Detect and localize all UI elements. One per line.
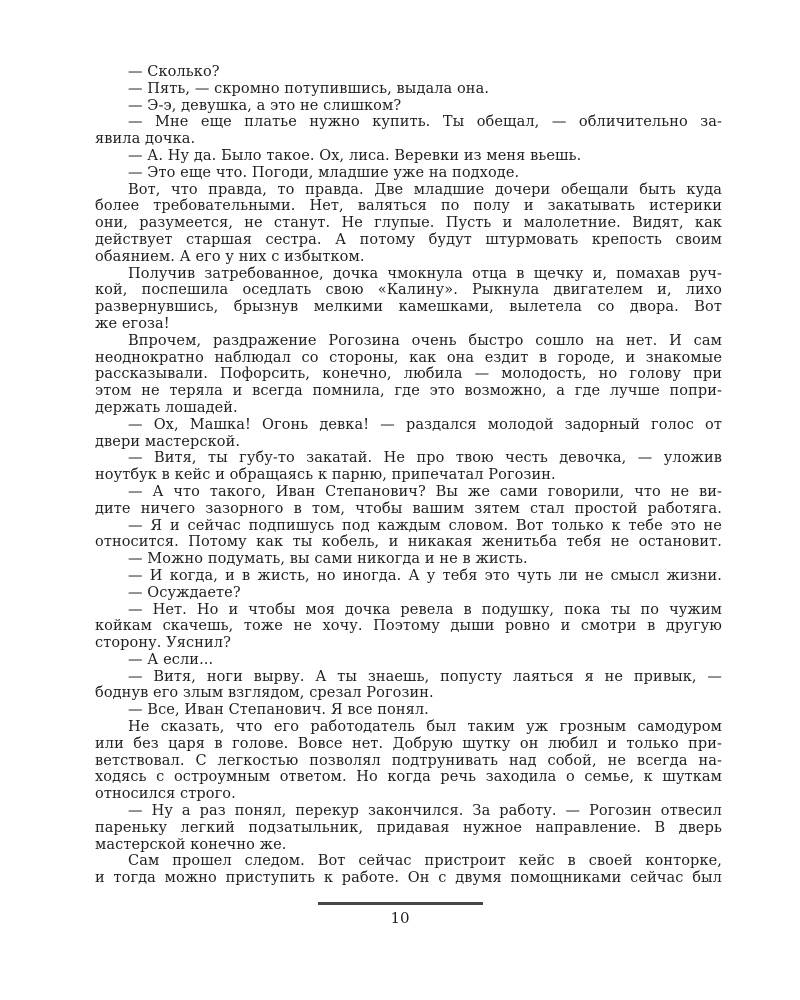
text-line: же егоза! [95, 316, 722, 333]
text-line: явила дочка. [95, 131, 722, 148]
paragraph: — И когда, и в жисть, но иногда. А у теб… [95, 568, 722, 585]
paragraph: Получив затребованное, дочка чмокнула от… [95, 266, 722, 333]
text-line: Не сказать, что его работодатель был так… [95, 719, 722, 736]
paragraph: — Нет. Но и чтобы моя дочка ревела в под… [95, 602, 722, 652]
page-footer: 10 [0, 902, 800, 927]
text-line: ветствовал. С легкостью позволял подтрун… [95, 753, 722, 770]
paragraph: — Пять, — скромно потупившись, выдала он… [95, 81, 722, 98]
text-line: действует старшая сестра. А потому будут… [95, 232, 722, 249]
text-line: — Я и сейчас подпишусь под каждым словом… [95, 518, 722, 535]
paragraph: — А если... [95, 652, 722, 669]
text-line: относится. Потому как ты кобель, и никак… [95, 534, 722, 551]
text-line: мастерской конечно же. [95, 837, 722, 854]
paragraph: Вот, что правда, то правда. Две младшие … [95, 182, 722, 266]
text-line: рассказывали. Пофорсить, конечно, любила… [95, 366, 722, 383]
paragraph: — Я и сейчас подпишусь под каждым словом… [95, 518, 722, 552]
text-line: Впрочем, раздражение Рогозина очень быст… [95, 333, 722, 350]
text-line: — И когда, и в жисть, но иногда. А у теб… [95, 568, 722, 585]
paragraph: Впрочем, раздражение Рогозина очень быст… [95, 333, 722, 417]
text-line: сторону. Уяснил? [95, 635, 722, 652]
text-line: — Витя, ты губу-то закатай. Не про твою … [95, 450, 722, 467]
text-line: Сам прошел следом. Вот сейчас пристроит … [95, 853, 722, 870]
text-line: — Все, Иван Степанович. Я все понял. [95, 702, 722, 719]
paragraph: — Витя, ноги вырву. А ты знаешь, попусту… [95, 669, 722, 703]
text-line: более требовательными. Нет, валяться по … [95, 198, 722, 215]
text-line: или без царя в голове. Вовсе нет. Добрую… [95, 736, 722, 753]
text-line: Вот, что правда, то правда. Две младшие … [95, 182, 722, 199]
paragraph: — Ох, Машка! Огонь девка! — раздался мол… [95, 417, 722, 451]
text-line: относился строго. [95, 786, 722, 803]
text-line: — Нет. Но и чтобы моя дочка ревела в под… [95, 602, 722, 619]
text-line: неоднократно наблюдал со стороны, как он… [95, 350, 722, 367]
text-line: дите ничего зазорного в том, чтобы вашим… [95, 501, 722, 518]
text-block: — Сколько?— Пять, — скромно потупившись,… [95, 64, 722, 887]
paragraph: — Осуждаете? [95, 585, 722, 602]
paragraph: — Витя, ты губу-то закатай. Не про твою … [95, 450, 722, 484]
text-line: — Э-э, девушка, а это не слишком? [95, 98, 722, 115]
text-line: — Это еще что. Погоди, младшие уже на по… [95, 165, 722, 182]
text-line: койкам скачешь, тоже не хочу. Поэтому ды… [95, 618, 722, 635]
text-line: — А. Ну да. Было такое. Ох, лиса. Веревк… [95, 148, 722, 165]
book-page: — Сколько?— Пять, — скромно потупившись,… [0, 0, 800, 1000]
text-line: боднув его злым взглядом, срезал Рогозин… [95, 685, 722, 702]
paragraph: — Все, Иван Степанович. Я все понял. [95, 702, 722, 719]
text-line: — Осуждаете? [95, 585, 722, 602]
paragraph: — Мне еще платье нужно купить. Ты обещал… [95, 114, 722, 148]
text-line: и тогда можно приступить к работе. Он с … [95, 870, 722, 887]
text-line: Получив затребованное, дочка чмокнула от… [95, 266, 722, 283]
text-line: этом не теряла и всегда помнила, где это… [95, 383, 722, 400]
text-line: двери мастерской. [95, 434, 722, 451]
paragraph: — Можно подумать, вы сами никогда и не в… [95, 551, 722, 568]
paragraph: — Ну а раз понял, перекур закончился. За… [95, 803, 722, 853]
paragraph: — А. Ну да. Было такое. Ох, лиса. Веревк… [95, 148, 722, 165]
text-line: — Ох, Машка! Огонь девка! — раздался мол… [95, 417, 722, 434]
text-line: — А если... [95, 652, 722, 669]
text-line: — Мне еще платье нужно купить. Ты обещал… [95, 114, 722, 131]
text-line: — Витя, ноги вырву. А ты знаешь, попусту… [95, 669, 722, 686]
text-line: кой, поспешила оседлать свою «Калину». Р… [95, 282, 722, 299]
text-line: ноутбук в кейс и обращаясь к парню, прип… [95, 467, 722, 484]
paragraph: Не сказать, что его работодатель был так… [95, 719, 722, 803]
text-line: — Пять, — скромно потупившись, выдала он… [95, 81, 722, 98]
text-line: — Можно подумать, вы сами никогда и не в… [95, 551, 722, 568]
text-line: пареньку легкий подзатыльник, придавая н… [95, 820, 722, 837]
text-line: — А что такого, Иван Степанович? Вы же с… [95, 484, 722, 501]
paragraph: — А что такого, Иван Степанович? Вы же с… [95, 484, 722, 518]
paragraph: — Э-э, девушка, а это не слишком? [95, 98, 722, 115]
paragraph: — Это еще что. Погоди, младшие уже на по… [95, 165, 722, 182]
paragraph: — Сколько? [95, 64, 722, 81]
page-number: 10 [0, 910, 800, 927]
text-line: они, разумеется, не станут. Не глупые. П… [95, 215, 722, 232]
text-line: развернувшись, брызнув мелкими камешками… [95, 299, 722, 316]
text-line: держать лошадей. [95, 400, 722, 417]
text-line: — Ну а раз понял, перекур закончился. За… [95, 803, 722, 820]
text-line: ходясь с остроумным ответом. Но когда ре… [95, 769, 722, 786]
footer-rule [318, 902, 483, 905]
paragraph: Сам прошел следом. Вот сейчас пристроит … [95, 853, 722, 887]
text-line: — Сколько? [95, 64, 722, 81]
text-line: обаянием. А его у них с избытком. [95, 249, 722, 266]
